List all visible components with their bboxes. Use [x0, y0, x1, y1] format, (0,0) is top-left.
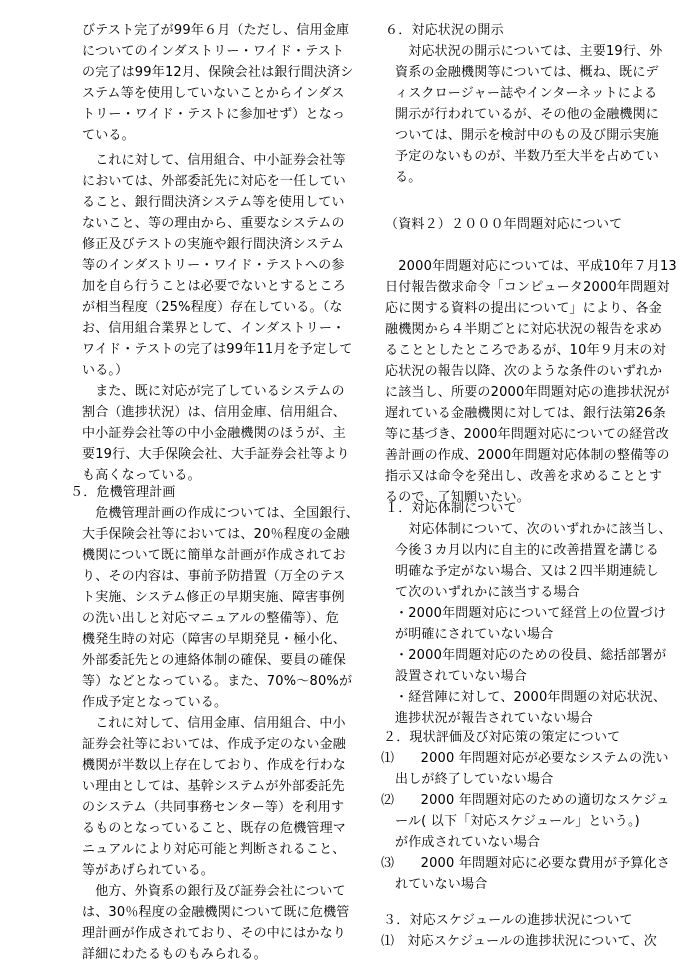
text-line: 要19行、大手保険会社、大手証券会社等より: [82, 446, 350, 464]
text-line: 応に関する資料の提出について」により、各金: [385, 300, 662, 318]
text-line: ること、銀行間決済システム等を使用してい: [82, 194, 345, 212]
text-line: ３．対応スケジュールの進捗状況について: [383, 912, 633, 930]
text-line: ⑵ 2000 年問題対応のための適切なスケジュ: [381, 792, 670, 810]
text-line: 資系の金融機関等については、概ね、既にデ: [395, 64, 659, 82]
text-line: 大手保険会社等においては、20％程度の金融: [82, 526, 350, 544]
text-line: が相当程度（25%程度）存在している。（な: [82, 299, 343, 317]
text-line: が明確にされていない場合: [395, 626, 553, 644]
text-line: 2000年問題対応については、平成10年７月13: [385, 258, 677, 276]
text-line: 加を自ら行うことは必要でないとするところ: [82, 278, 346, 296]
text-line: 割合（進捗状況）は、信用金庫、信用組合、: [82, 404, 346, 422]
text-line: の完了は99年12月、保険会社は銀行間決済シ: [82, 64, 353, 82]
text-line: ール( 以下「対応スケジュール」という。): [395, 813, 640, 831]
text-line: て次のいずれかに該当する場合: [395, 584, 580, 602]
text-line: 作成予定となっている。: [82, 694, 227, 712]
text-line: ・経営陣に対して、2000年問題の対応状況、: [395, 689, 666, 707]
text-line: ・2000年問題対応のための役員、総括部署が: [395, 647, 666, 665]
text-line: 応状況の報告以降、次のような条件のいずれか: [385, 363, 662, 381]
text-line: る。: [395, 169, 421, 187]
text-line: 融機関から４半期ごとに対応状況の報告を求め: [385, 321, 662, 339]
text-line: 設置されていない場合: [395, 668, 527, 686]
text-line: 遅れている金融機関に対しては、銀行法第26条: [385, 405, 666, 423]
text-line: 外部委託先との連絡体制の確保、要員の確保: [82, 652, 346, 670]
text-line: 今後３カ月以内に自主的に改善措置を講じる: [395, 542, 659, 560]
text-line: これに対して、信用金庫、信用組合、中小: [82, 715, 346, 733]
text-line: 指示又は命令を発出し、改善を求めることとす: [385, 468, 662, 486]
text-line: これに対して、信用組合、中小証券会社等: [82, 152, 346, 170]
text-line: ステム等を使用していないことからインダス: [82, 85, 345, 103]
text-line: 出しが終了していない場合: [395, 771, 553, 789]
text-line: 対応体制について、次のいずれかに該当し、: [395, 521, 672, 539]
text-line: に該当し、所要の2000年問題対応の進捗状況が: [385, 384, 670, 402]
text-line: い理由としては、基幹システムが外部委託先: [82, 778, 345, 796]
text-line: についてのインダストリー・ワイド・テスト: [82, 43, 344, 61]
text-line: 機関が半数以上存在しており、作成を行わな: [82, 757, 346, 775]
text-line: り、その内容は、事前予防措置（万全のテス: [82, 568, 345, 586]
text-line: ５．危機管理計画: [70, 484, 176, 502]
text-line: ⑶ 2000 年問題対応に必要な費用が予算化さ: [381, 855, 670, 873]
text-line: ニュアルにより対応可能と判断されること、: [82, 841, 345, 859]
text-line: 危機管理計画の作成については、全国銀行、: [82, 505, 359, 523]
text-line: ないこと、等の理由から、重要なシステムの: [82, 215, 345, 233]
text-line: るものとなっていること、既存の危機管理マ: [82, 820, 346, 838]
text-line: １．対応体制について: [385, 500, 517, 518]
text-line: ６．対応状況の開示: [385, 22, 504, 40]
text-line: ィスクロージャー誌やインターネットによる: [395, 85, 657, 103]
text-line: においては、外部委託先に対応を一任してい: [82, 173, 346, 191]
text-line: トリー・ワイド・テストに参加せず）となっ: [82, 106, 345, 124]
text-line: 修正及びテストの実施や銀行間決済システム: [82, 236, 344, 254]
text-line: ついては、開示を検討中のもの及び開示実施: [395, 127, 659, 145]
text-line: 機関について既に簡単な計画が作成されてお: [82, 547, 346, 565]
text-line: 等があげられている。: [82, 862, 214, 880]
text-line: また、既に対応が完了しているシステムの: [82, 383, 345, 401]
text-line: いる。）: [82, 362, 128, 380]
text-line: れていない場合: [395, 876, 487, 894]
text-line: 証券会社等においては、作成予定のない金融: [82, 736, 346, 754]
text-line: 機発生時の対応（障害の早期発見・極小化、: [82, 631, 346, 649]
text-line: ２．現状評価及び対応策の策定について: [383, 729, 620, 747]
text-line: ることとしたところであるが、10年９月末の対: [385, 342, 666, 360]
text-line: は、30％程度の金融機関について既に危機管: [82, 904, 349, 922]
text-line: 理計画が作成されており、その中にはかなり: [82, 925, 346, 943]
text-line: 善計画の作成、2000年問題対応体制の整備等の: [385, 447, 670, 465]
text-line: 等に基づき、2000年問題対応についての経営改: [385, 426, 669, 444]
text-line: （資料２）２０００年問題対応について: [385, 216, 622, 234]
text-line: 等）などとなっている。また、70%～80%が: [82, 673, 352, 691]
text-line: 他方、外資系の銀行及び証券会社について: [82, 883, 346, 901]
text-line: 開示が行われているが、その他の金融機関に: [395, 106, 659, 124]
text-line: お、信用組合業界として、インダストリー・: [82, 320, 345, 338]
text-line: 等のインダストリー・ワイド・テストへの参: [82, 257, 345, 275]
text-line: ⑴ 対応スケジュールの進捗状況について、次: [381, 933, 657, 951]
text-line: 進捗状況が報告されていない場合: [395, 710, 593, 728]
text-line: びテスト完了が99年６月（ただし、信用金庫: [82, 22, 349, 40]
text-line: 中小証券会社等の中小金融機関のほうが、主: [82, 425, 346, 443]
text-line: ている。: [82, 127, 135, 145]
text-line: 詳細にわたるものもみられる。: [82, 946, 267, 964]
text-line: の洗い出しと対応マニュアルの整備等）、危: [82, 610, 339, 628]
text-line: ・2000年問題対応について経営上の位置づけ: [395, 605, 666, 623]
text-line: 日付報告徴求命令「コンピュータ2000年問題対: [385, 279, 670, 297]
text-line: 対応状況の開示については、主要19行、外: [395, 43, 662, 61]
text-line: が作成されていない場合: [395, 834, 540, 852]
text-line: 予定のないものが、半数乃至大半を占めてい: [395, 148, 659, 166]
text-line: 明確な予定がない場合、又は２四半期連続し: [395, 563, 659, 581]
text-line: も高くなっている。: [82, 467, 201, 485]
text-line: のシステム（共同事務センター等）を利用す: [82, 799, 344, 817]
text-line: ⑴ 2000 年問題対応が必要なシステムの洗い: [381, 750, 669, 768]
text-line: ワイド・テストの完了は99年11月を予定して: [82, 341, 353, 359]
text-line: ト実施、システム修正の早期実施、障害事例: [82, 589, 345, 607]
